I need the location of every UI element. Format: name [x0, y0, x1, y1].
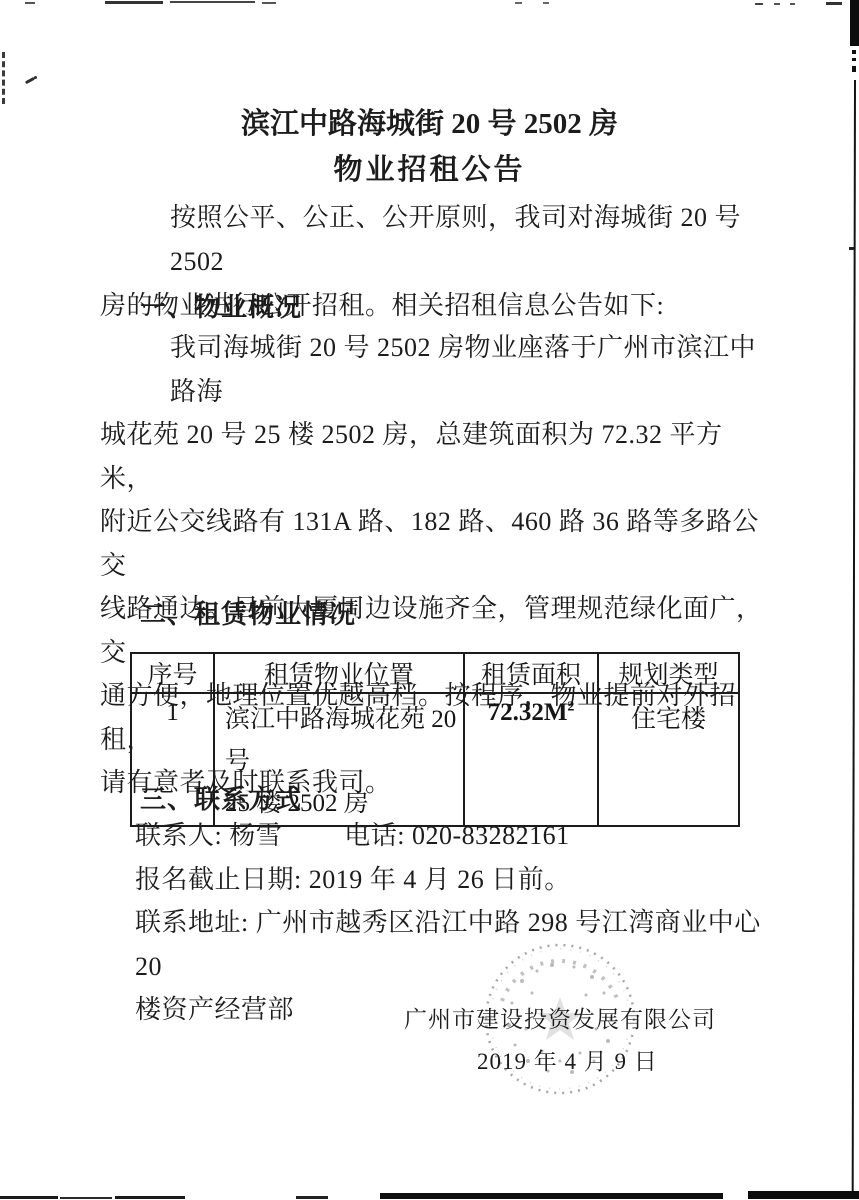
- scan-artifact-top-dash: [105, 1, 163, 4]
- col-header-location: 租赁物业位置: [214, 653, 464, 693]
- signature-date: 2019 年 4 月 9 日: [477, 1043, 658, 1076]
- section-heading-contact: 三、联系方式: [140, 779, 302, 816]
- table-header-row: 序号 租赁物业位置 租赁面积 规划类型: [131, 653, 739, 693]
- contact-address-line1: 联系地址: 广州市越秀区沿江中路 298 号江湾商业中心 20: [135, 901, 775, 988]
- scan-artifact-bottom-bar: [380, 1193, 723, 1199]
- document-page: 滨江中路海城街 20 号 2502 房 物业招租公告 按照公平、公正、公开原则，…: [0, 0, 859, 1200]
- doc-title-line1: 滨江中路海城街 20 号 2502 房: [0, 101, 859, 147]
- col-header-area: 租赁面积: [464, 653, 598, 693]
- col-header-type: 规划类型: [598, 653, 739, 693]
- scan-artifact-bottom-bar: [748, 1191, 859, 1199]
- contact-deadline: 报名截止日期: 2019 年 4 月 26 日前。: [135, 858, 775, 902]
- scan-artifact-top-dash: [170, 1, 255, 3]
- scan-artifact-right-blob: [850, 0, 859, 46]
- scan-artifact-speck: [34, 76, 37, 79]
- scan-artifact-bottom-bar: [115, 1196, 185, 1199]
- scan-artifact-bottom-bar: [0, 1196, 58, 1199]
- section-heading-overview: 一、物业概况: [140, 287, 302, 324]
- scan-artifact-top-dash: [774, 3, 780, 5]
- scan-artifact-right-dash: [852, 66, 856, 72]
- overview-line: 城花苑 20 号 25 楼 2502 房，总建筑面积为 72.32 平方米，: [100, 413, 772, 500]
- signature-company: 广州市建设投资发展有限公司: [404, 1001, 716, 1034]
- contact-block: 联系人: 杨雪电话: 020-83282161 报名截止日期: 2019 年 4…: [135, 814, 775, 1032]
- scan-artifact-top-dash: [790, 3, 795, 5]
- scan-artifact-top-dash: [25, 2, 35, 4]
- scan-artifact-top-dash: [543, 2, 549, 4]
- scan-artifact-bottom-bar: [60, 1197, 112, 1199]
- cell-area-value: 72.32M: [488, 699, 568, 726]
- cell-area: 72.32M2: [464, 693, 598, 826]
- overview-line: 我司海城街 20 号 2502 房物业座落于广州市滨江中路海: [100, 326, 772, 413]
- scan-artifact-top-dash: [262, 2, 276, 4]
- scan-artifact-top-dash: [755, 3, 763, 5]
- scan-artifact-right-dash: [852, 50, 856, 54]
- overview-line: 附近公交线路有 131A 路、182 路、460 路 36 路等多路公交: [100, 500, 772, 587]
- cell-area-sup: 2: [567, 700, 574, 715]
- contact-line-person-phone: 联系人: 杨雪电话: 020-83282161: [135, 814, 775, 858]
- contact-phone: 电话: 020-83282161: [344, 821, 569, 850]
- cell-location-line1: 滨江中路海城花苑 20 号: [225, 699, 463, 783]
- scan-artifact-top-dash: [826, 2, 842, 5]
- scan-artifact-right-dash: [852, 58, 856, 61]
- contact-person: 联系人: 杨雪: [135, 821, 282, 850]
- cell-planning-type: 住宅楼: [598, 693, 739, 826]
- intro-line: 按照公平、公正、公开原则，我司对海城街 20 号 2502: [100, 196, 772, 284]
- scan-artifact-bottom-bar: [296, 1196, 328, 1199]
- section-heading-rental: 二、租赁物业情况: [140, 594, 356, 631]
- title-block: 滨江中路海城街 20 号 2502 房 物业招租公告: [0, 101, 859, 193]
- scan-artifact-right-tick: [849, 247, 854, 250]
- scan-artifact-left-dashes: [2, 52, 5, 104]
- scan-artifact-top-dash: [515, 2, 522, 4]
- doc-title-line2: 物业招租公告: [0, 147, 859, 193]
- col-header-no: 序号: [131, 653, 214, 693]
